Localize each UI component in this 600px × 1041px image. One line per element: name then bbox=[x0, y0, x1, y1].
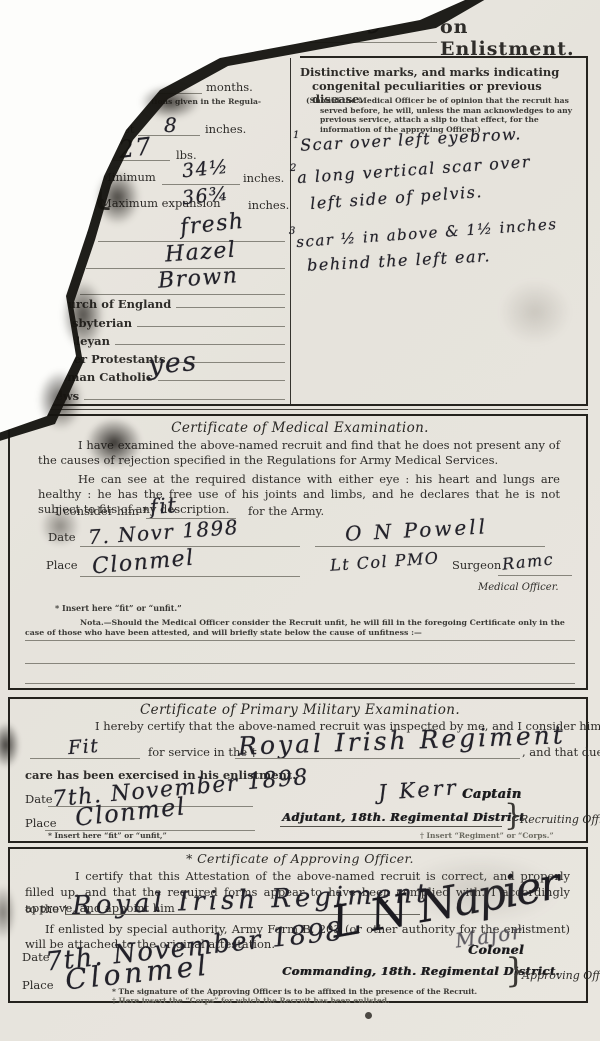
primary-place-label: Place bbox=[25, 816, 57, 830]
religion-line bbox=[137, 326, 285, 327]
approving-heading: * Certificate of Approving Officer. bbox=[0, 851, 600, 866]
gray-stain bbox=[500, 280, 570, 344]
unfitness-line-2 bbox=[25, 663, 575, 664]
chest-label-frag: at bbox=[70, 192, 78, 202]
religion-label-wesleyan: Wesleyan bbox=[50, 334, 110, 348]
age-line bbox=[152, 93, 202, 94]
adjutant-district-stamp: Adjutant, 18th. Regimental District bbox=[282, 810, 525, 824]
unfitness-line-3 bbox=[25, 683, 575, 684]
religion-row: Wesleyan bbox=[50, 334, 285, 348]
chest-min-unit: inches. bbox=[243, 171, 284, 185]
chest-min-label: Minimum bbox=[100, 170, 156, 184]
religion-row: Presbyterian bbox=[50, 316, 285, 330]
mark-entry-text: a long vertical scar over bbox=[297, 152, 532, 187]
recruit-name-signature: Thomas Kirby bbox=[127, 0, 391, 60]
religion-row: Church of England bbox=[50, 297, 285, 311]
religion-line bbox=[158, 380, 285, 381]
complexion-value: fresh bbox=[179, 209, 246, 241]
fitness-value: fit bbox=[149, 493, 178, 519]
medical-place-label: Place bbox=[46, 558, 78, 572]
chest-max-unit: inches. bbox=[248, 198, 289, 212]
chest-max-value: 36¾ bbox=[181, 183, 230, 210]
religion-line bbox=[176, 307, 285, 308]
appoint-pre-label: to the † bbox=[25, 902, 68, 916]
primary-regiment-line bbox=[235, 758, 520, 759]
attestation-form-scan: Thomas Kirby on Enlistment. years months… bbox=[0, 0, 600, 1041]
regulations-note-frag2: l Services.) bbox=[86, 106, 133, 116]
surgeon-label: Surgeon bbox=[452, 558, 501, 572]
mark-entry-text: scar ½ in above & 1½ inches bbox=[296, 215, 558, 251]
medical-heading: Certificate of Medical Examination. bbox=[0, 420, 600, 436]
complexion-label-frag: xion bbox=[68, 227, 89, 237]
approving-place-label: Place bbox=[22, 978, 54, 992]
religion-label-roman-catholic: Roman Catholic bbox=[50, 370, 153, 384]
religion-line bbox=[115, 344, 285, 345]
box1-bottom-border-2 bbox=[8, 409, 588, 410]
box1-left-border bbox=[8, 330, 10, 406]
height-inches-label: inches. bbox=[205, 122, 246, 136]
primary-fit-value: Fit bbox=[67, 735, 100, 759]
religion-line bbox=[84, 399, 285, 400]
primary-service-post: , and that due bbox=[522, 745, 600, 759]
box1-bottom-border bbox=[8, 404, 588, 406]
religion-label-jews: Jews bbox=[50, 389, 79, 403]
medical-note: Nota.—Should the Medical Officer conside… bbox=[25, 618, 573, 637]
roman-catholic-value: yes bbox=[147, 346, 199, 381]
name-underline bbox=[225, 42, 437, 43]
box1-top-border bbox=[300, 56, 587, 58]
consider-pre-label: I consider him * bbox=[55, 504, 148, 518]
primary-footnote-right: † Insert “Regiment” or “Corps.” bbox=[420, 831, 554, 841]
religion-label-presbyterian: Presbyterian bbox=[50, 316, 132, 330]
medical-officer-label: Medical Officer. bbox=[478, 582, 559, 593]
speck bbox=[365, 1012, 372, 1019]
medical-signature-line bbox=[315, 546, 545, 547]
surgeon-line bbox=[498, 575, 572, 576]
consider-post-label: for the Army. bbox=[248, 504, 324, 518]
primary-fit-line bbox=[30, 758, 140, 759]
approving-officer-label: Approving Officer. bbox=[522, 969, 600, 982]
medical-date-label: Date bbox=[48, 530, 76, 544]
approving-footnote-2: † Here insert the “Corps” for which the … bbox=[112, 996, 390, 1006]
primary-footnote-left: * Insert here “fit” or “unfit,” bbox=[48, 831, 167, 841]
page-title: on Enlistment. bbox=[440, 16, 600, 60]
unfitness-line-1 bbox=[25, 640, 575, 641]
height-inches-value: 8 bbox=[164, 113, 178, 137]
mark-entry-text: left side of pelvis. bbox=[310, 182, 484, 213]
religion-row: Jews bbox=[50, 389, 285, 403]
age-months-label: months. bbox=[206, 80, 253, 94]
hair-line bbox=[80, 294, 285, 295]
age-years-label: years bbox=[118, 80, 150, 94]
religion-label-church-of-england: Church of England bbox=[50, 297, 171, 311]
district-stamp-line bbox=[280, 826, 502, 827]
medical-paragraph-1: I have examined the above-named recruit … bbox=[38, 438, 560, 468]
chest-min-value: 34½ bbox=[181, 156, 230, 183]
primary-heading: Certificate of Primary Military Examinat… bbox=[0, 702, 600, 718]
mark-entry-text: behind the left ear. bbox=[307, 246, 492, 275]
religion-side-label-line1: Religious bbox=[17, 281, 28, 401]
recruiting-officer-label: Recruiting Officer. bbox=[520, 813, 600, 826]
hair-value: Brown bbox=[157, 263, 239, 294]
primary-date-label: Date bbox=[25, 792, 53, 806]
medical-footnote: * Insert here “fit” or “unfit.” bbox=[55, 604, 182, 614]
